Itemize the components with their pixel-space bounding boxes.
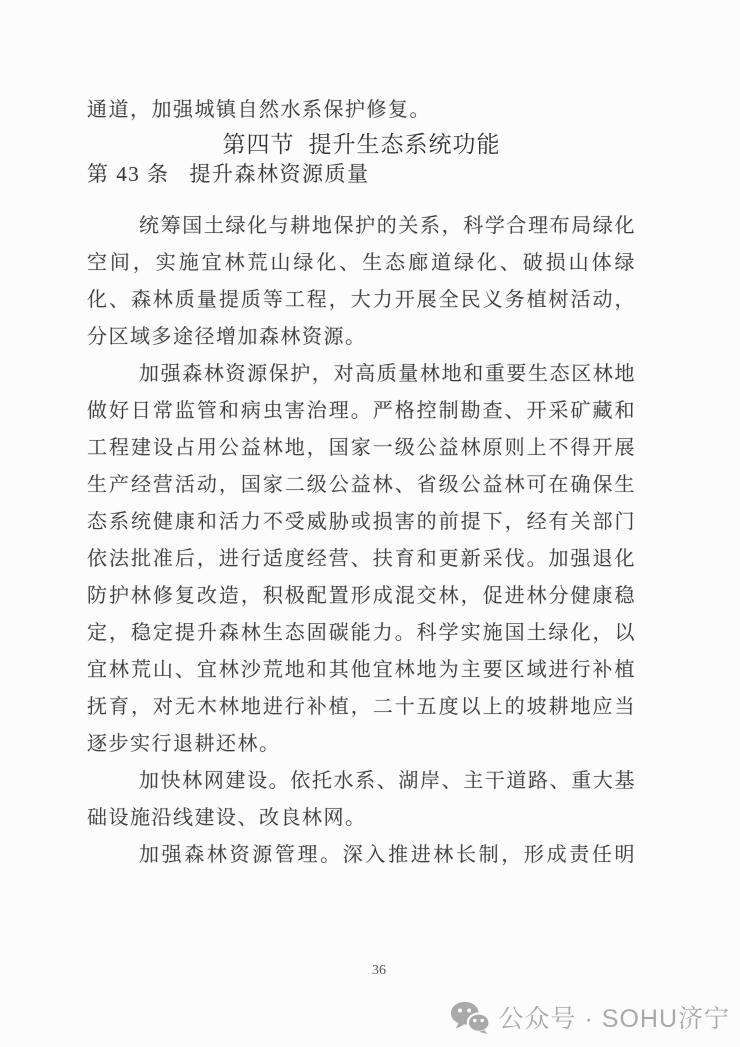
section-heading: 第四节提升生态系统功能 [87, 129, 636, 159]
section-title: 提升生态系统功能 [309, 131, 501, 157]
section-number: 第四节 [223, 131, 295, 157]
paragraph-forest-management: 加强森林资源管理。深入推进林长制，形成责任明 [87, 837, 636, 874]
paragraph-forest-protection: 加强森林资源保护，对高质量林地和重要生态区林地做好日常监管和病虫害治理。严格控制… [87, 356, 636, 763]
article-number: 第 43 条 [87, 162, 170, 186]
article-title: 提升森林资源质量 [190, 162, 370, 186]
continuation-line: 通道，加强城镇自然水系保护修复。 [87, 92, 636, 129]
wechat-icon [450, 1001, 490, 1034]
watermark-text: 公众号 · SOHU济宁 [499, 999, 730, 1035]
article-heading: 第 43 条提升森林资源质量 [87, 159, 636, 189]
paragraph-afforestation: 统筹国土绿化与耕地保护的关系，科学合理布局绿化空间，实施宜林荒山绿化、生态廊道绿… [87, 208, 636, 356]
document-page: 通道，加强城镇自然水系保护修复。 第四节提升生态系统功能 第 43 条提升森林资… [0, 0, 740, 1047]
sohu-watermark: 公众号 · SOHU济宁 [450, 999, 730, 1035]
page-content: 通道，加强城镇自然水系保护修复。 第四节提升生态系统功能 第 43 条提升森林资… [87, 92, 636, 874]
paragraph-forest-network: 加快林网建设。依托水系、湖岸、主干道路、重大基础设施沿线建设、改良林网。 [87, 763, 636, 837]
page-number: 36 [354, 963, 386, 979]
